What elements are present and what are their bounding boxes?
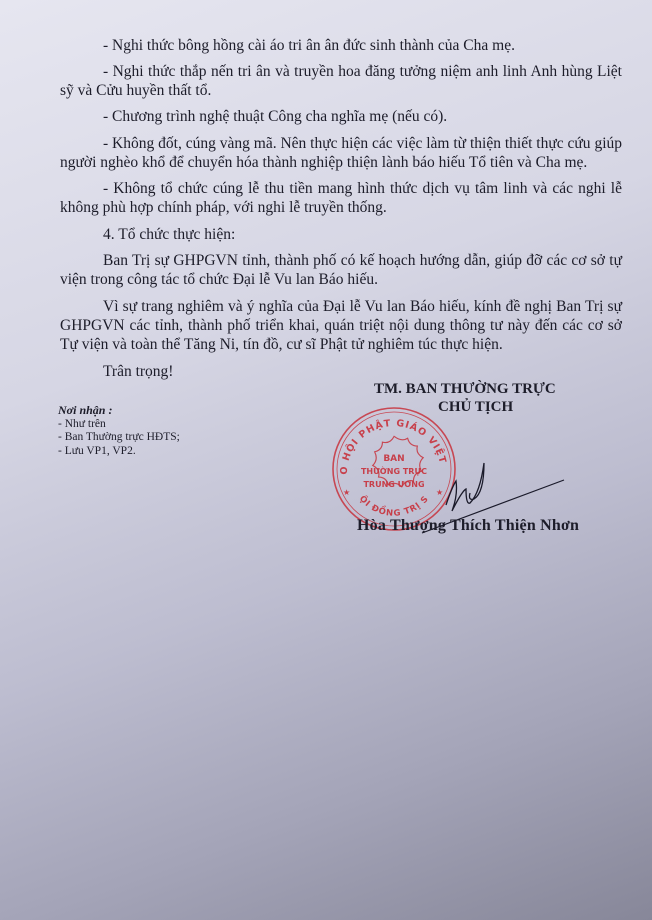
- svg-text:TRUNG ƯƠNG: TRUNG ƯƠNG: [363, 480, 424, 489]
- recipients-heading: Nơi nhận :: [58, 404, 180, 418]
- svg-text:★: ★: [343, 488, 350, 497]
- body-text-line: sỹ và Cửu huyền thất tổ.: [60, 81, 622, 100]
- body-text-line: GHPGVN các tỉnh, thành phố triển khai, q…: [60, 316, 622, 335]
- body-text-line: - Nghi thức bông hồng cài áo tri ân ân đ…: [103, 36, 622, 55]
- body-text-line: Tự viện và toàn thể Tăng Ni, tín đồ, cư …: [60, 335, 622, 354]
- document-page: - Nghi thức bông hồng cài áo tri ân ân đ…: [0, 0, 652, 920]
- recipient-item: - Như trên: [58, 418, 180, 432]
- body-text-line: Vì sự trang nghiêm và ý nghĩa của Đại lễ…: [103, 297, 622, 316]
- signature-title: TM. BAN THƯỜNG TRỰC: [374, 381, 556, 398]
- svg-text:BAN: BAN: [383, 454, 404, 464]
- body-text-line: - Nghi thức thắp nến tri ân và truyền ho…: [103, 62, 622, 81]
- signer-name: Hòa Thượng Thích Thiện Nhơn: [357, 517, 579, 535]
- body-text-line: viện trong công tác tổ chức Đại lễ Vu la…: [60, 270, 622, 289]
- recipients-block: Nơi nhận : - Như trên - Ban Thường trực …: [58, 404, 180, 458]
- body-text-line: Trân trọng!: [103, 362, 622, 381]
- body-text-line: - Không tổ chức cúng lễ thu tiền mang hì…: [103, 179, 622, 198]
- body-text-line: không phù hợp chính pháp, với nghi lễ tr…: [60, 198, 622, 217]
- body-text-line: Ban Trị sự GHPGVN tỉnh, thành phố có kế …: [103, 251, 622, 270]
- body-text-line: - Chương trình nghệ thuật Công cha nghĩa…: [103, 107, 622, 126]
- recipient-item: - Ban Thường trực HĐTS;: [58, 431, 180, 445]
- body-text-line: - Không đốt, cúng vàng mã. Nên thực hiện…: [103, 134, 622, 153]
- body-text-line: người nghèo khổ để chuyển hóa thành nghi…: [60, 153, 622, 172]
- body-text-line: 4. Tổ chức thực hiện:: [103, 225, 622, 244]
- recipient-item: - Lưu VP1, VP2.: [58, 445, 180, 459]
